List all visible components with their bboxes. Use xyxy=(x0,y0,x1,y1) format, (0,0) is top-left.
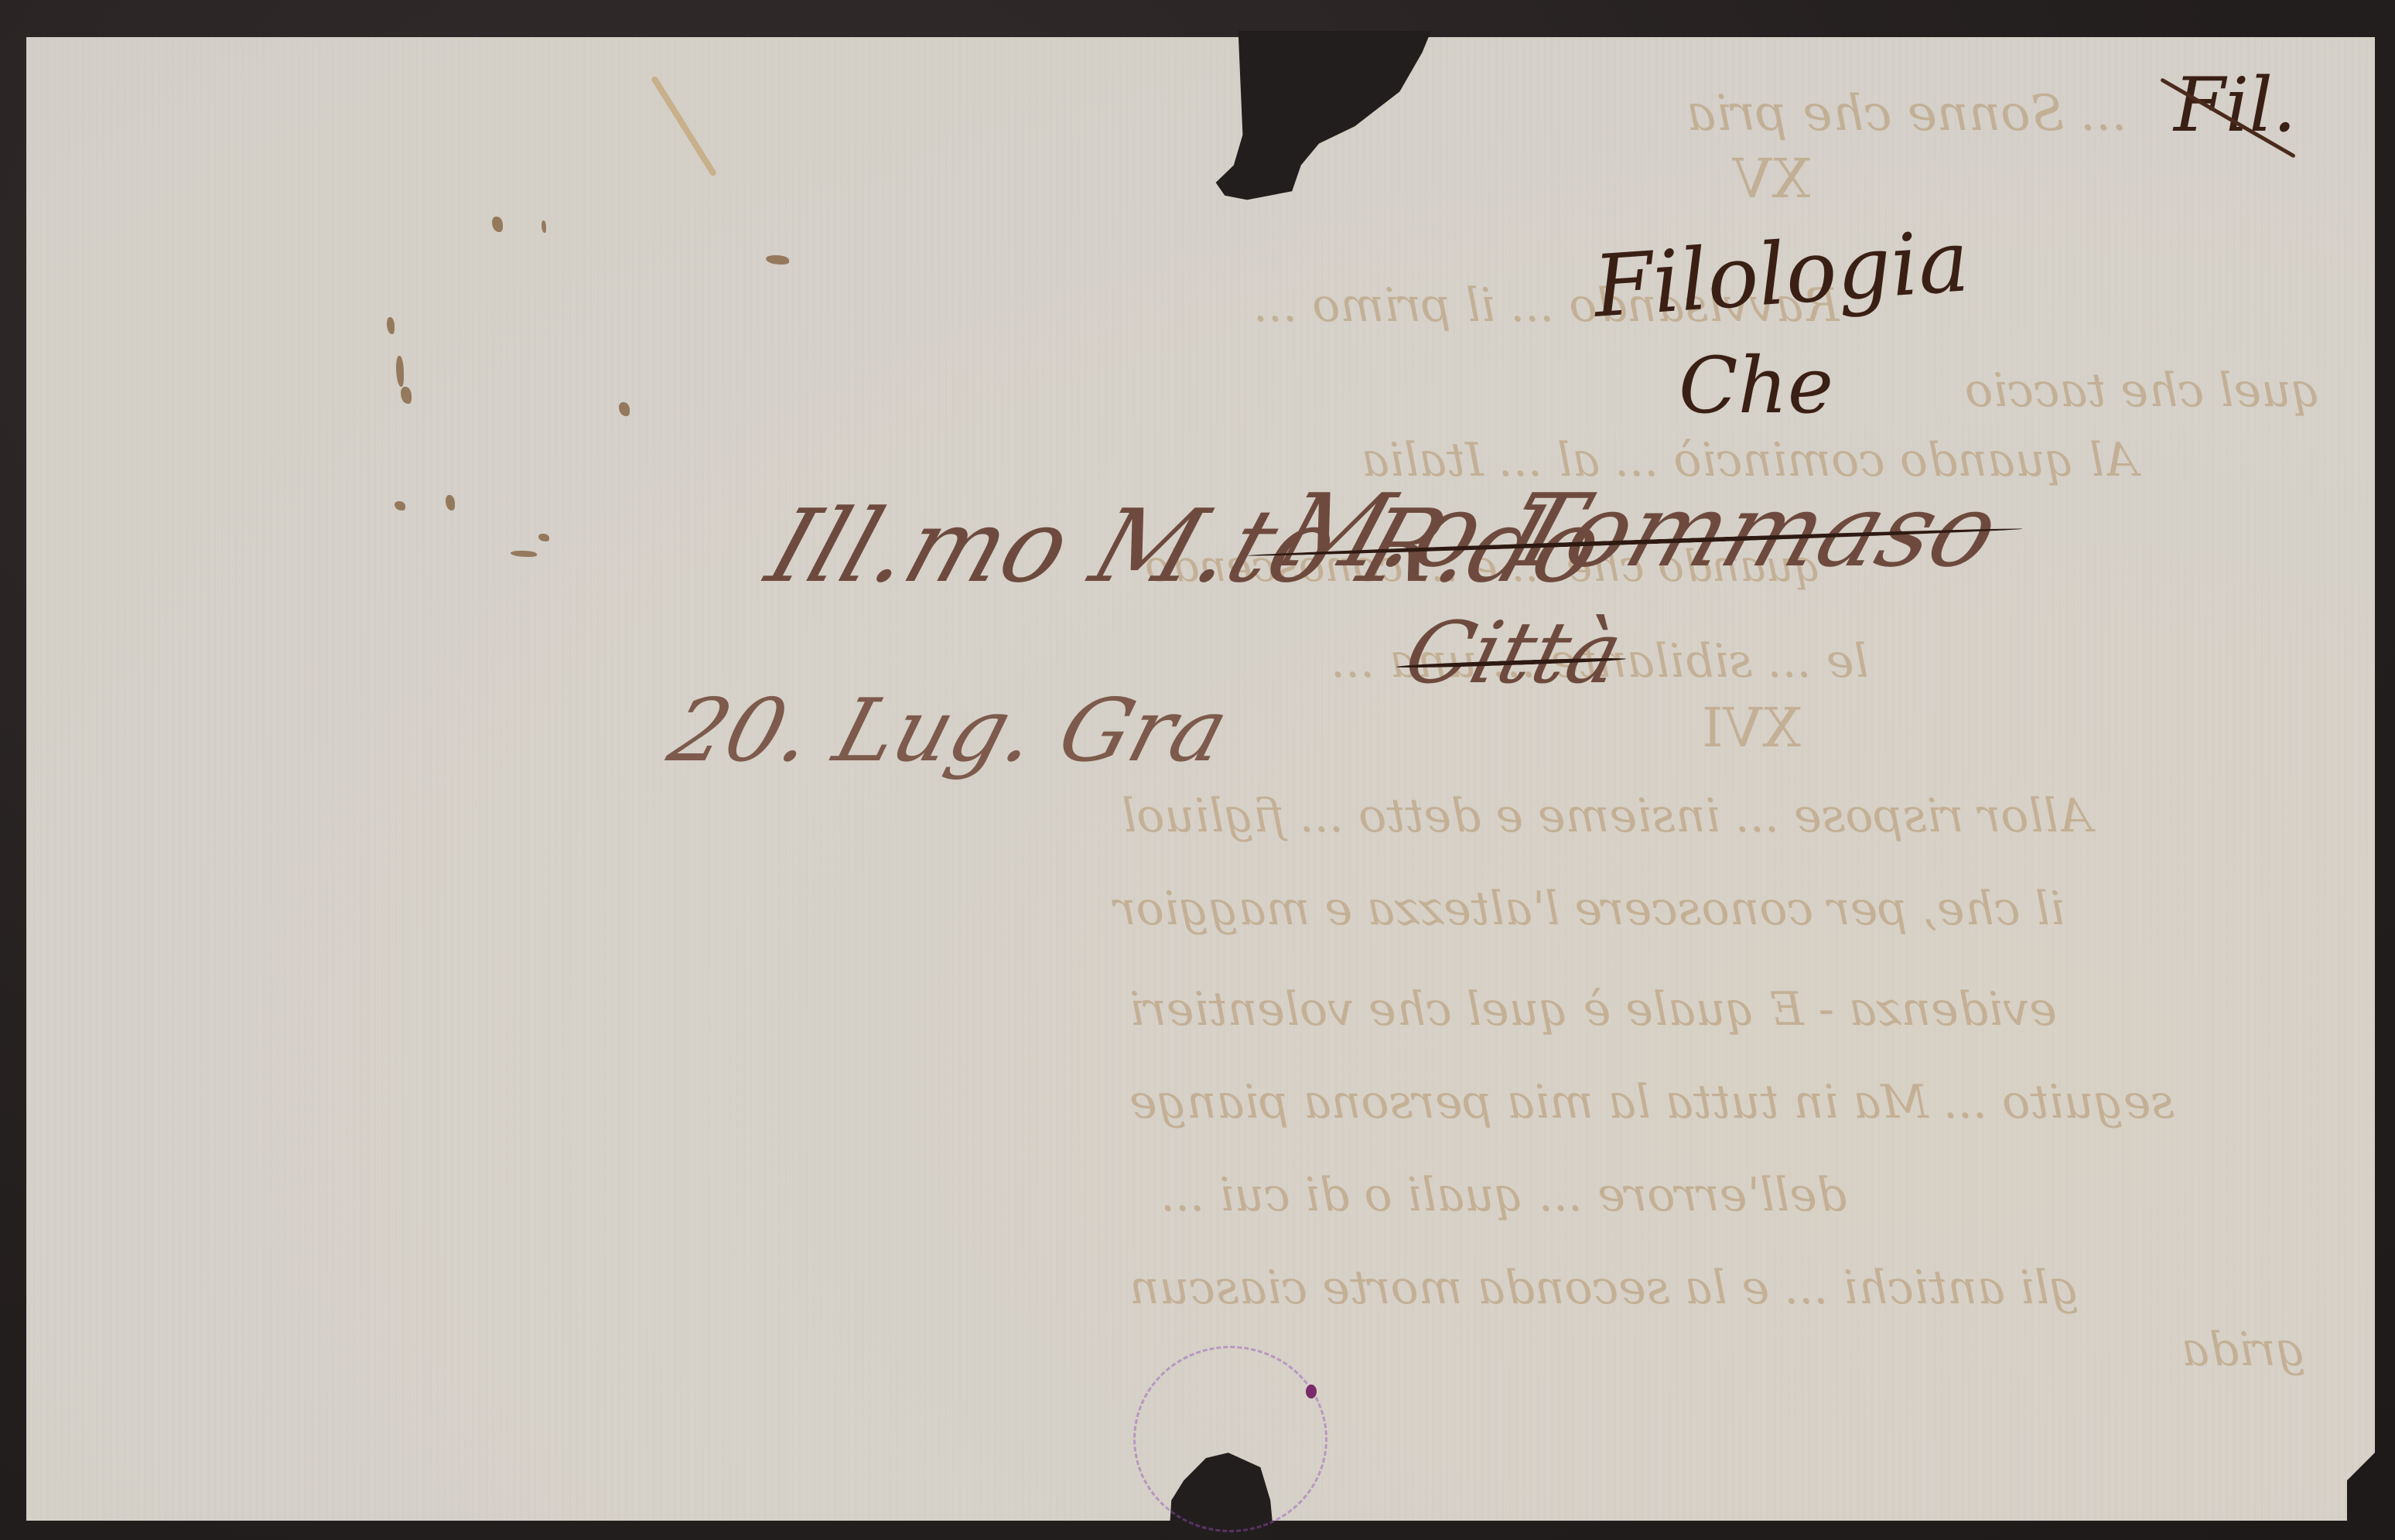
bleed-through-line: il che, per conoscere l'altezza e maggio… xyxy=(1114,882,2065,936)
address-city-struck: Città xyxy=(1396,603,1631,702)
bleed-through-line: quel che taccio xyxy=(1965,364,2321,418)
seal-residue-stain xyxy=(396,356,404,387)
bleed-through-line: evidenza - E quale è quel che volentieri xyxy=(1129,982,2057,1036)
bleed-through-line: seguito ... Ma in tutta la mia persona p… xyxy=(1129,1075,2175,1129)
bleed-through-line: gli antichi ... e la seconda morte ciasc… xyxy=(1129,1261,2079,1315)
subject-subheading: Che xyxy=(1679,340,1833,431)
bleed-through-line: grida xyxy=(2181,1323,2305,1377)
bleed-through-line: Allor rispose ... insieme e detto ... fi… xyxy=(1122,789,2092,843)
purple-ink-stamp xyxy=(1133,1346,1327,1532)
bleed-through-line: ... Sonne che pria xyxy=(1686,85,2127,142)
struck-through-name: M.o Tommaso xyxy=(1265,472,2013,589)
struck-through-city: Città xyxy=(1396,603,1631,702)
bleed-through-numeral: XV xyxy=(1733,147,1810,210)
docket-date-note: 20. Lug. Gra xyxy=(658,681,1238,781)
stamp-ink-blot xyxy=(1306,1385,1317,1398)
bleed-through-numeral: XVI xyxy=(1702,696,1801,760)
bleed-through-line: dell'errore ... quali o di cui ... xyxy=(1160,1168,1847,1222)
seal-residue-stain xyxy=(446,495,455,510)
seal-residue-stain xyxy=(542,220,546,233)
corner-classification-label: Fil. xyxy=(2174,62,2297,149)
address-name-struck: M.o Tommaso xyxy=(1265,472,2013,589)
seal-residue-stain xyxy=(387,317,395,334)
